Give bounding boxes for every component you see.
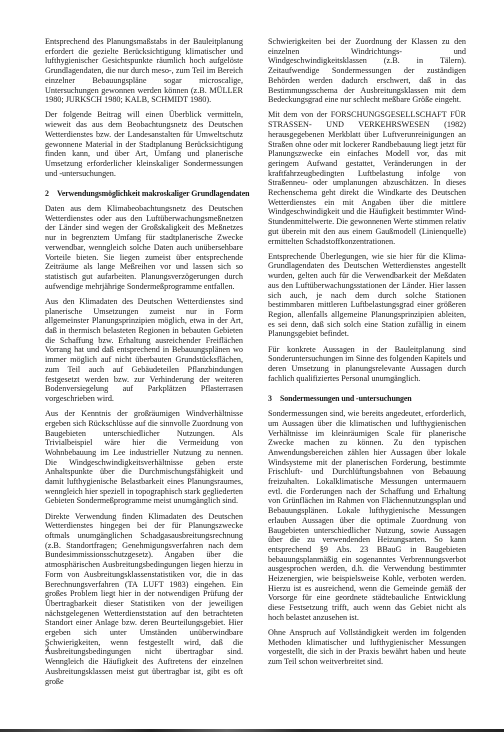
paragraph: Sondermessungen sind, wie bereits angede… (268, 409, 466, 622)
page-number: 2 (45, 644, 49, 653)
section-number: 2 (45, 189, 57, 199)
paragraph: Für konkrete Aussagen in der Bauleitplan… (268, 345, 466, 384)
paragraph: Aus den Klimadaten des Deutschen Wetterd… (45, 297, 243, 404)
section-title: Sondermessungen und -untersuchungen (280, 394, 412, 403)
section-heading: 2Verwendungsmöglichkeit makroskaliger Gr… (45, 189, 243, 199)
paragraph: Entsprechend des Planungsmaßstabs in der… (45, 37, 243, 105)
paragraph: Direkte Verwendung finden Klimadaten des… (45, 512, 243, 687)
paragraph: Aus der Kenntnis der großräumigen Windve… (45, 409, 243, 506)
paragraph: Der folgende Beitrag will einen Überblic… (45, 110, 243, 178)
paragraph: Mit dem von der FORSCHUNGSGESELLSCHAFT F… (268, 110, 466, 246)
section-number: 3 (268, 394, 280, 404)
left-column: Entsprechend des Planungsmaßstabs in der… (45, 37, 243, 692)
paragraph: Schwierigkeiten bei der Zuordnung der Kl… (268, 37, 466, 105)
section-title: Verwendungsmöglichkeit makroskaliger Gru… (57, 189, 249, 198)
paragraph: Entsprechende Überlegungen, wie sie hier… (268, 252, 466, 339)
paragraph: Daten aus dem Klimabeobachtungsnetz des … (45, 204, 243, 291)
section-heading: 3Sondermessungen und -untersuchungen (268, 394, 466, 404)
paragraph: Ohne Anspruch auf Vollständigkeit werden… (268, 628, 466, 667)
right-column: Schwierigkeiten bei der Zuordnung der Kl… (268, 37, 466, 672)
